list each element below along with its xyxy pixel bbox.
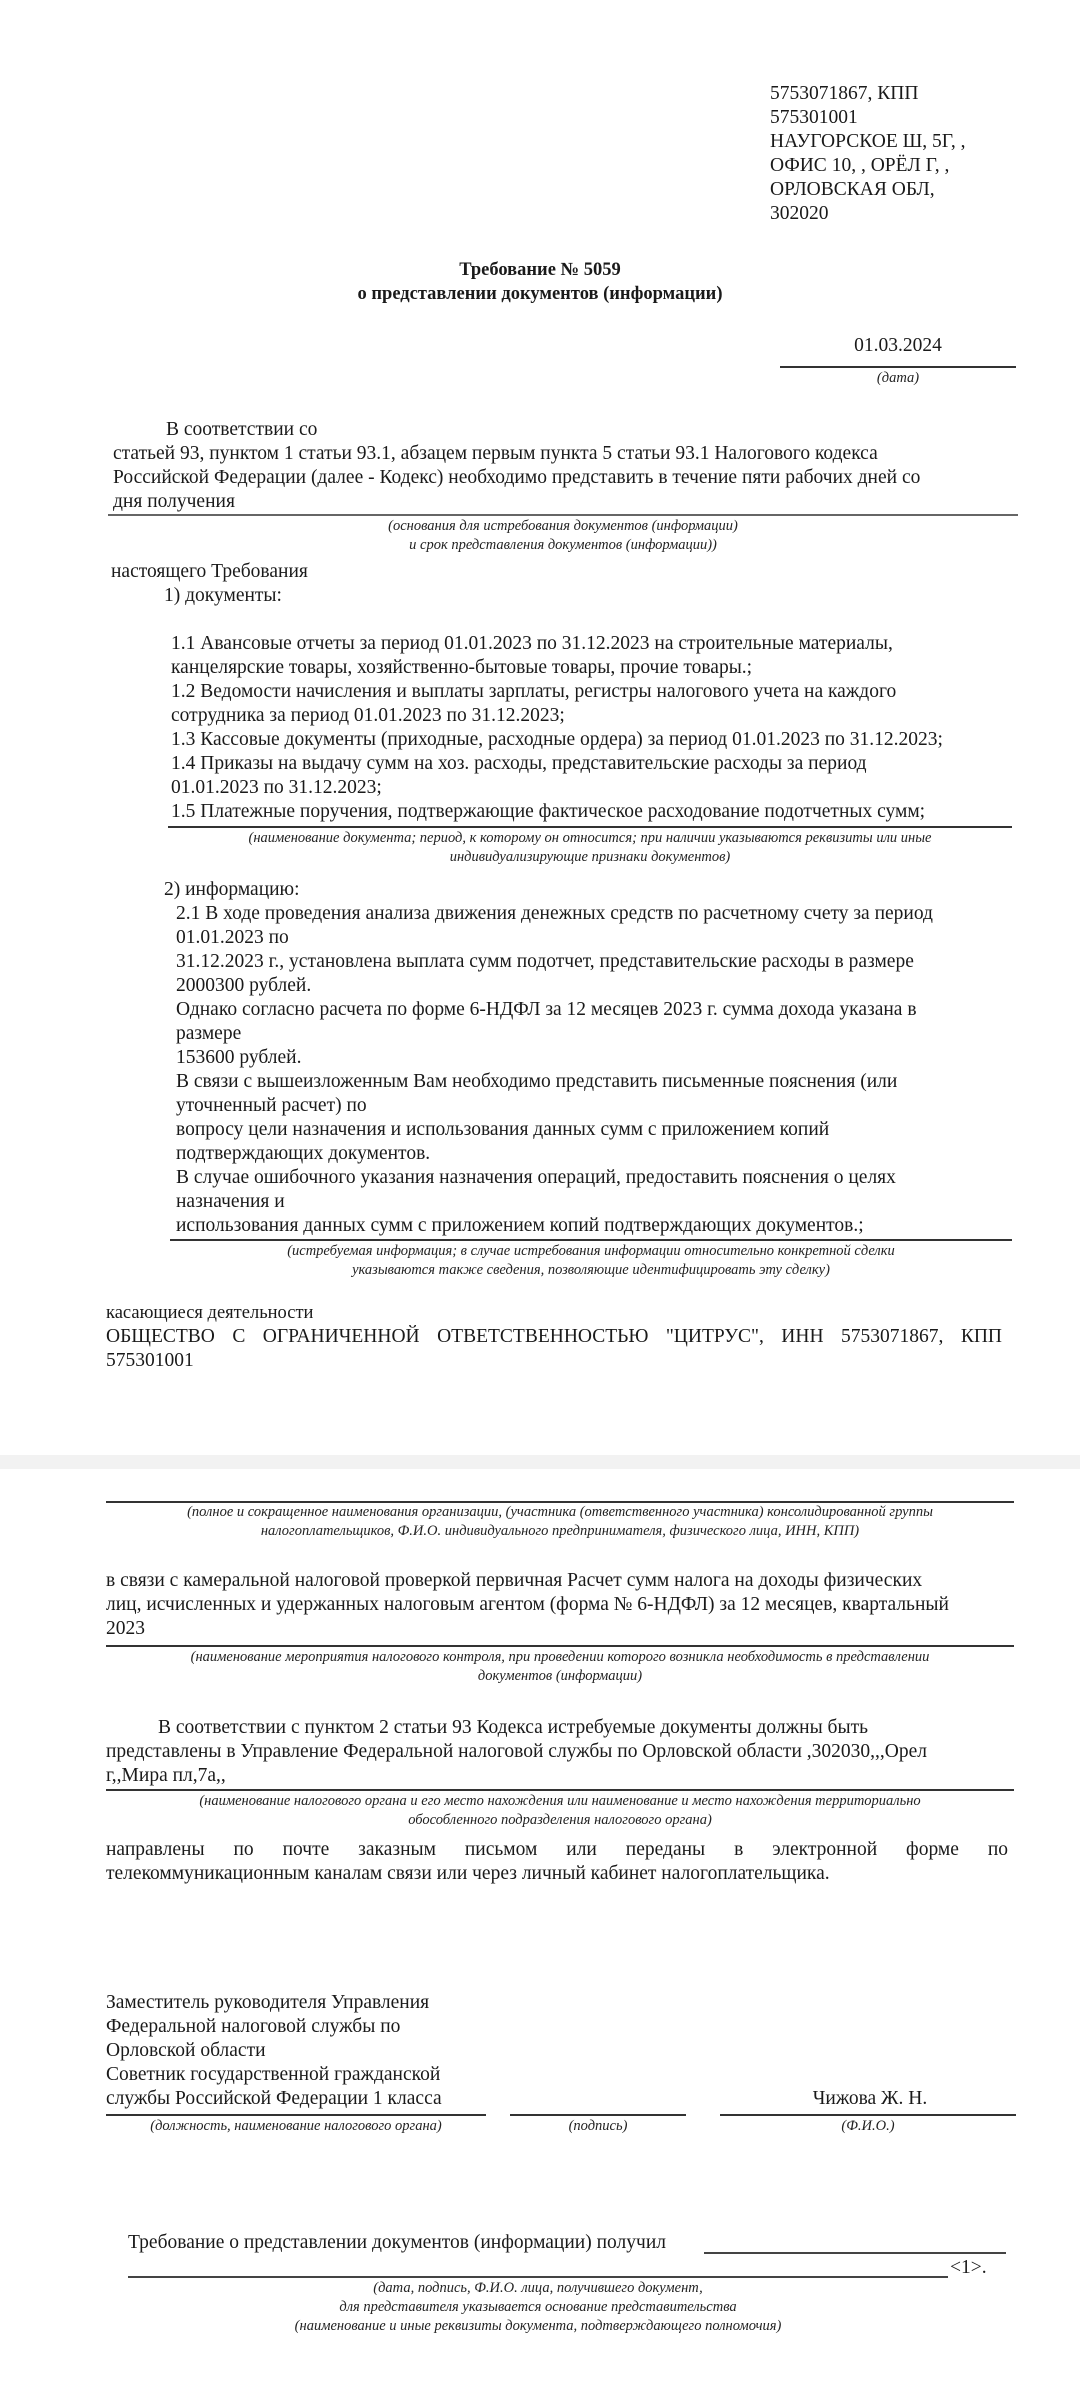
- caption-line: (наименование мероприятия налогового кон…: [106, 1648, 1014, 1667]
- recipient-block: ЦИТРУС", ИНН 5753071867, КПП575301001НАУ…: [770, 74, 1070, 226]
- information-caption: (истребуемая информация; в случае истреб…: [170, 1242, 1012, 1280]
- page-break: [0, 1455, 1080, 1469]
- document-item-line: 1.5 Платежные поручения, подтвержающие ф…: [171, 800, 943, 824]
- taxpayer-name: ОБЩЕСТВО С ОГРАНИЧЕННОЙ ОТВЕТСТВЕННОСТЬЮ…: [106, 1325, 1002, 1349]
- document-item-line: канцелярские товары, хозяйственно-бытовы…: [171, 656, 943, 680]
- audit-line: лиц, исчисленных и удержанных налоговым …: [106, 1593, 949, 1617]
- caption-line: и срок представления документов (информа…: [108, 536, 1018, 555]
- date-rule: [780, 366, 1016, 368]
- receipt-caption: (дата, подпись, Ф.И.О. лица, получившего…: [128, 2279, 948, 2336]
- audit-text: в связи с камеральной налоговой проверко…: [106, 1569, 949, 1641]
- information-line: вопросу цели назначения и использования …: [176, 1118, 933, 1142]
- caption-line: (наименование документа; период, к котор…: [168, 829, 1012, 848]
- information-line: назначения и: [176, 1190, 933, 1214]
- information-line: 2000300 рублей.: [176, 974, 933, 998]
- submission-rule: [106, 1789, 1014, 1791]
- signer-position-line: Федеральной налоговой службы по: [106, 2015, 442, 2039]
- document-item-line: 1.3 Кассовые документы (приходные, расхо…: [171, 728, 943, 752]
- information-line: 153600 рублей.: [176, 1046, 933, 1070]
- taxpayer-caption: (полное и сокращенное наименования орган…: [106, 1503, 1014, 1541]
- information-line: В случае ошибочного указания назначения …: [176, 1166, 933, 1190]
- caption-line: (основания для истребования документов (…: [108, 517, 1018, 536]
- taxpayer-kpp: 575301001: [106, 1349, 194, 1373]
- information-list: 2.1 В ходе проведения анализа движения д…: [176, 902, 933, 1238]
- recipient-address: 5753071867, КПП575301001НАУГОРСКОЕ Ш, 5Г…: [770, 82, 1070, 226]
- information-line: 31.12.2023 г., установлена выплата сумм …: [176, 950, 933, 974]
- submission-text: В соответствии с пунктом 2 статьи 93 Код…: [106, 1716, 927, 1788]
- receipt-footnote: <1>.: [950, 2256, 987, 2280]
- position-caption: (должность, наименование налогового орга…: [106, 2117, 486, 2136]
- recipient-line: НАУГОРСКОЕ Ш, 5Г, ,: [770, 130, 1070, 154]
- date-value: 01.03.2024: [780, 334, 1016, 358]
- basis-rule: [108, 514, 1018, 516]
- caption-line: обособленного подразделения налогового о…: [106, 1811, 1014, 1830]
- basis-after: настоящего Требования: [111, 560, 308, 584]
- document-title: Требование № 5059 о представлении докуме…: [0, 258, 1080, 306]
- recipient-line: ОРЛОВСКАЯ ОБЛ,: [770, 178, 1070, 202]
- submission-method-2: телекоммуникационным каналам связи или ч…: [106, 1862, 830, 1886]
- information-line: использования данных сумм с приложением …: [176, 1214, 933, 1238]
- concerning-label: касающиеся деятельности: [106, 1301, 313, 1325]
- signer-position-line: Орловской области: [106, 2039, 442, 2063]
- title-subject: о представлении документов (информации): [0, 282, 1080, 306]
- name-caption: (Ф.И.О.): [720, 2117, 1016, 2136]
- documents-caption: (наименование документа; период, к котор…: [168, 829, 1012, 867]
- recipient-line: ОФИС 10, , ОРЁЛ Г, ,: [770, 154, 1070, 178]
- recipient-line: 5753071867, КПП: [770, 82, 1070, 106]
- basis-caption: (основания для истребования документов (…: [108, 517, 1018, 555]
- position-rule: [106, 2114, 486, 2116]
- basis-intro: В соответствии со: [166, 418, 317, 442]
- signer-position-line: Заместитель руководителя Управления: [106, 1991, 442, 2015]
- caption-line: (наименование и иные реквизиты документа…: [128, 2317, 948, 2336]
- name-rule: [720, 2114, 1016, 2116]
- submission-line: представлены в Управление Федеральной на…: [106, 1740, 927, 1764]
- caption-line: индивидуализирующие признаки документов): [168, 848, 1012, 867]
- information-line: уточненный расчет) по: [176, 1094, 933, 1118]
- documents-heading: 1) документы:: [164, 584, 282, 608]
- recipient-line: 302020: [770, 202, 1070, 226]
- basis-line: статьей 93, пунктом 1 статьи 93.1, абзац…: [113, 442, 920, 466]
- caption-line: (полное и сокращенное наименования орган…: [106, 1503, 1014, 1522]
- caption-line: документов (информации): [106, 1667, 1014, 1686]
- submission-method-1: направлены по почте заказным письмом или…: [106, 1838, 1008, 1862]
- title-number: Требование № 5059: [0, 258, 1080, 282]
- submission-line: г,,Мира пл,7а,,: [106, 1764, 927, 1788]
- information-line: размере: [176, 1022, 933, 1046]
- document-item-line: 1.4 Приказы на выдачу сумм на хоз. расхо…: [171, 752, 943, 776]
- audit-line: в связи с камеральной налоговой проверко…: [106, 1569, 949, 1593]
- audit-rule: [106, 1645, 1014, 1647]
- information-line: В связи с вышеизложенным Вам необходимо …: [176, 1070, 933, 1094]
- signer-position-line: службы Российской Федерации 1 класса: [106, 2087, 442, 2111]
- caption-line: (истребуемая информация; в случае истреб…: [170, 1242, 1012, 1261]
- submission-caption: (наименование налогового органа и его ме…: [106, 1792, 1014, 1830]
- documents-rule: [168, 826, 1012, 828]
- receipt-blank-1[interactable]: [704, 2252, 1006, 2254]
- information-line: Однако согласно расчета по форме 6-НДФЛ …: [176, 998, 933, 1022]
- signature-rule: [510, 2114, 686, 2116]
- document-item-line: сотрудника за период 01.01.2023 по 31.12…: [171, 704, 943, 728]
- information-line: 2.1 В ходе проведения анализа движения д…: [176, 902, 933, 926]
- receipt-blank-2[interactable]: [128, 2276, 948, 2278]
- caption-line: (дата, подпись, Ф.И.О. лица, получившего…: [128, 2279, 948, 2298]
- audit-caption: (наименование мероприятия налогового кон…: [106, 1648, 1014, 1686]
- signer-name: Чижова Ж. Н.: [720, 2087, 1020, 2111]
- caption-line: налогоплательщиков, Ф.И.О. индивидуально…: [106, 1522, 1014, 1541]
- caption-line: для представителя указывается основание …: [128, 2298, 948, 2317]
- caption-line: указываются также сведения, позволяющие …: [170, 1261, 1012, 1280]
- basis-line: дня получения: [113, 490, 920, 514]
- document-item-line: 1.1 Авансовые отчеты за период 01.01.202…: [171, 632, 943, 656]
- date-caption: (дата): [780, 369, 1016, 388]
- information-heading: 2) информацию:: [164, 878, 300, 902]
- caption-line: (наименование налогового органа и его ме…: [106, 1792, 1014, 1811]
- information-line: 01.01.2023 по: [176, 926, 933, 950]
- receipt-text: Требование о представлении документов (и…: [128, 2232, 666, 2253]
- basis-line: Российской Федерации (далее - Кодекс) не…: [113, 466, 920, 490]
- audit-line: 2023: [106, 1617, 949, 1641]
- basis-text: статьей 93, пунктом 1 статьи 93.1, абзац…: [113, 442, 920, 514]
- signature-caption: (подпись): [510, 2117, 686, 2136]
- recipient-line: 575301001: [770, 106, 1070, 130]
- information-line: подтверждающих документов.: [176, 1142, 933, 1166]
- documents-list: 1.1 Авансовые отчеты за период 01.01.202…: [171, 632, 943, 824]
- signer-position: Заместитель руководителя УправленияФедер…: [106, 1991, 442, 2111]
- document-item-line: 01.01.2023 по 31.12.2023;: [171, 776, 943, 800]
- document-item-line: 1.2 Ведомости начисления и выплаты зарпл…: [171, 680, 943, 704]
- submission-line: В соответствии с пунктом 2 статьи 93 Код…: [106, 1716, 927, 1740]
- receipt-line: Требование о представлении документов (и…: [128, 2231, 666, 2255]
- signer-position-line: Советник государственной гражданской: [106, 2063, 442, 2087]
- information-rule: [170, 1239, 1012, 1241]
